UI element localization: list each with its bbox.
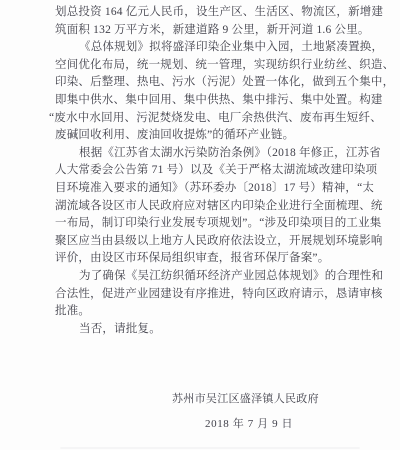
signature-line: 苏州市吴江区盛泽镇人民政府 [172, 390, 319, 406]
document-line: 一布局，制订印染行业发展专项规划”。“涉及印染项目的工业集 [55, 215, 397, 233]
document-line: 印染、后整理、热电、污水（污泥）处置一体化，做到五个集中， [55, 74, 397, 92]
document-line: 合法性，促进产业园建设有序推进，特向区政府请示，恳请审核 [55, 286, 397, 304]
document-body: 划总投资 164 亿元人民币，设生产区、生活区、物流区，新增建 筑面积 132 … [55, 4, 397, 338]
date-line: 2018 年 7 月 9 日 [205, 415, 293, 431]
document-line: 为了确保《吴江纺织循环经济产业园总体规划》的合理性和 [55, 268, 397, 286]
document-line: 《总体规划》拟将盛泽印染企业集中入园，土地紧凑置换， [55, 39, 397, 57]
document-line: 废碱回收利用、废油回收提炼”的循环产业链。 [55, 127, 397, 145]
document-line: 目环境准入要求的通知》（苏环委办〔2018〕17 号）精神，“太 [55, 180, 397, 198]
document-line: 湖流域各设区市人民政府应对辖区内印染企业进行全面梳理、统 [55, 198, 397, 216]
document-line: 筑面积 132 万平方米，新建道路 9 公里，新开河道 1.6 公里。 [55, 22, 397, 40]
document-line: 聚区应当由县级以上地方人民政府依法设立，开展规划环境影响 [55, 233, 397, 251]
document-line: 即集中供水、集中回用、集中供热、集中排污、集中处置。构建 [55, 92, 397, 110]
document-line: 人大常委会公告第 71 号）以及《关于严格太湖流域改建印染项 [55, 162, 397, 180]
document-line: 评价，由设区市环保局组织审查，报省环保厅备案”。 [55, 250, 397, 268]
document-line: 批准。 [55, 303, 397, 321]
document-line: “废水中水回用、污泥焚烧发电、电厂余热供汽、废布再生短纤、 [49, 110, 397, 128]
document-line: 根据《江苏省太湖水污染防治条例》（2018 年修正，江苏省 [55, 145, 397, 163]
document-line: 划总投资 164 亿元人民币，设生产区、生活区、物流区，新增建 [55, 4, 397, 22]
scan-artifact [60, 447, 360, 449]
scanned-document-page: 划总投资 164 亿元人民币，设生产区、生活区、物流区，新增建 筑面积 132 … [0, 0, 400, 450]
document-line: 当否，请批复。 [55, 321, 397, 339]
document-line: 空间优化布局，统一规划、统一管理，实现纺织行业纺丝、织造、 [55, 57, 397, 75]
